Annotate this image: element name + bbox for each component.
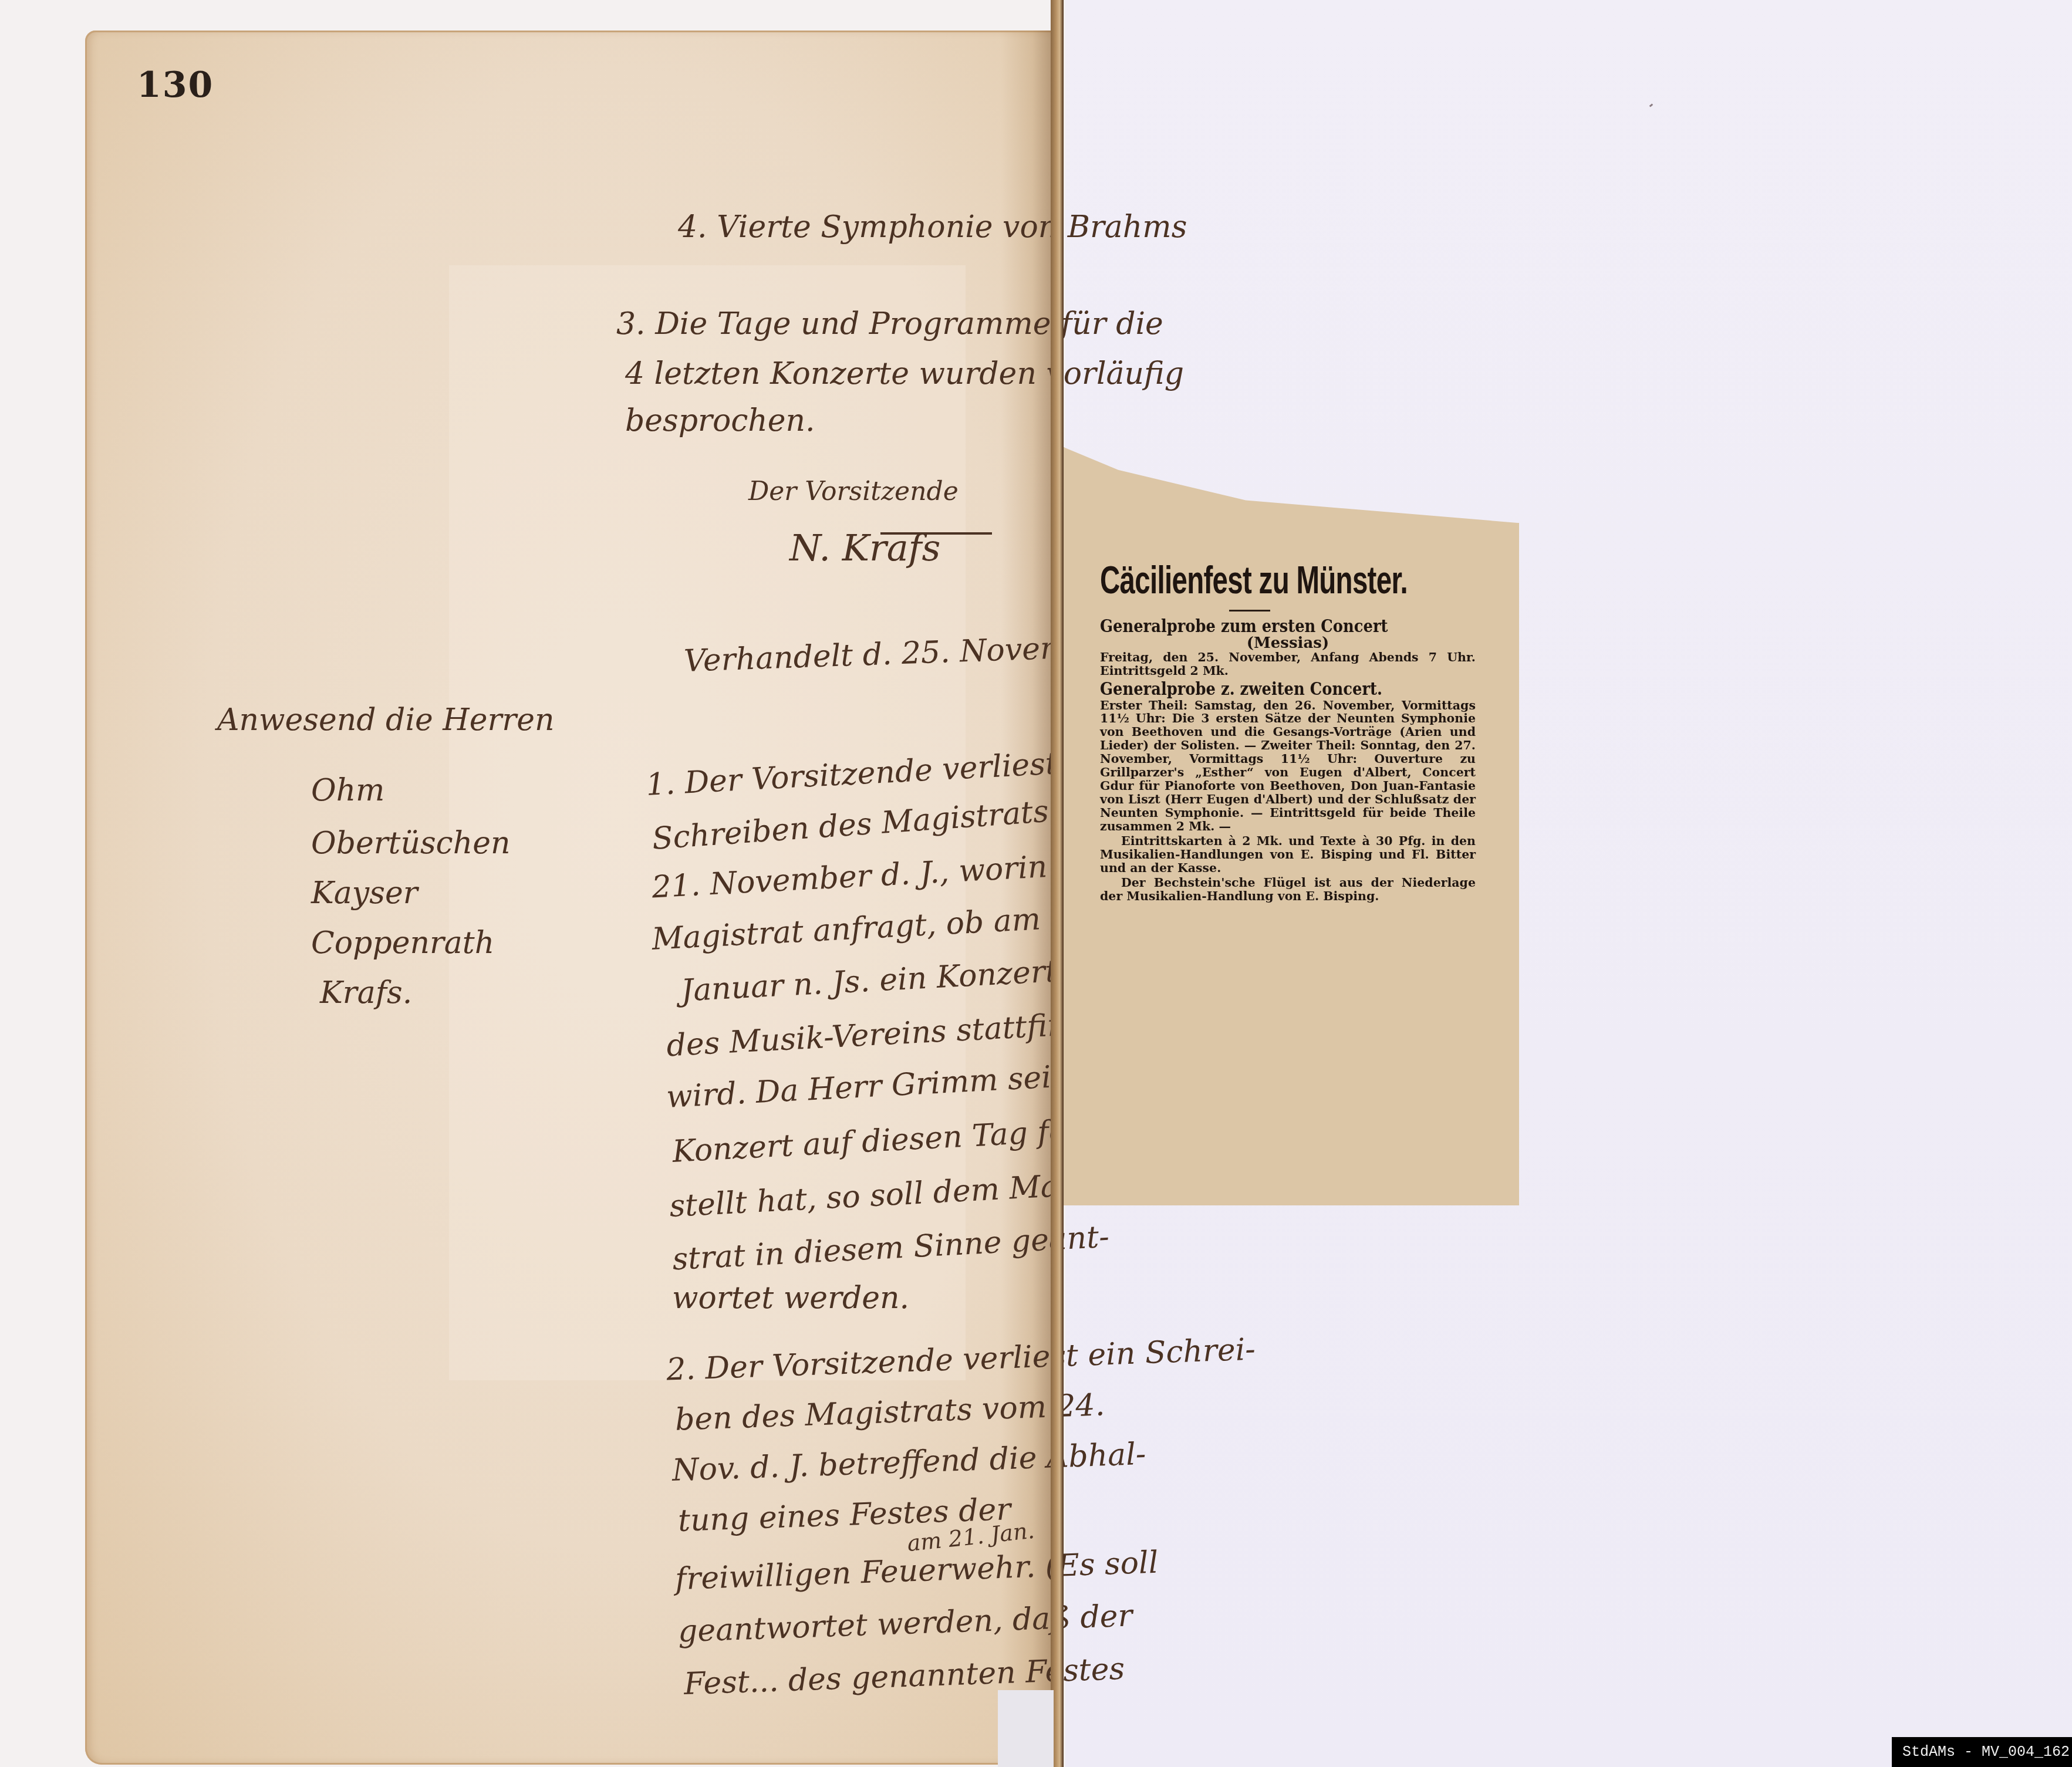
clipping-title: Cäcilienfest zu Münster. — [1100, 559, 1371, 602]
clipping-body: Cäcilienfest zu Münster. Generalprobe zu… — [1100, 559, 1476, 903]
manuscript-line: 4. Vierte Symphonie von Brahms — [678, 210, 1187, 245]
book-binding — [1051, 0, 1064, 1767]
attendee-name: Obertüschen — [311, 826, 511, 861]
signature-flourish — [880, 532, 992, 535]
manuscript-line: besprochen. — [625, 403, 815, 438]
attendee-name: Krafs. — [320, 975, 412, 1011]
signature-role: Der Vorsitzende — [748, 477, 959, 506]
manuscript-line: 3. Die Tage und Programme für die — [616, 306, 1163, 342]
manuscript-line: 4 letzten Konzerte wurden vorläufig — [625, 356, 1184, 391]
item-1-line: wortet werden. — [672, 1281, 909, 1316]
section-1-heading: Generalprobe zum ersten Concert — [1100, 617, 1423, 636]
attendance-label: Anwesend die Herren — [217, 702, 554, 738]
binding-bottom-paper — [998, 1690, 1054, 1767]
tickets-text: Eintrittskarten à 2 Mk. und Texte à 30 P… — [1100, 834, 1476, 875]
page-number: 130 — [137, 65, 214, 106]
attendee-name: Coppenrath — [311, 925, 494, 961]
attendee-name: Ohm — [311, 773, 384, 808]
piano-note: Der Bechstein'sche Flügel ist aus der Ni… — [1100, 876, 1476, 903]
newspaper-clipping: Cäcilienfest zu Münster. Generalprobe zu… — [1064, 447, 1519, 1205]
section-1-text: Freitag, den 25. November, Anfang Abends… — [1100, 651, 1476, 678]
title-rule — [1229, 610, 1270, 611]
attendee-name: Kayser — [311, 876, 418, 911]
manuscript-page: 130 4. Vierte Symphonie von Brahms 3. Di… — [85, 31, 1054, 1765]
archive-signature-label: StdAMs - MV_004_162 — [1892, 1737, 2072, 1767]
section-2-text: Erster Theil: Samstag, den 26. November,… — [1100, 699, 1476, 834]
section-1-subtitle: (Messias) — [1100, 636, 1476, 651]
section-2-heading: Generalprobe z. zweiten Concert. — [1100, 680, 1423, 699]
